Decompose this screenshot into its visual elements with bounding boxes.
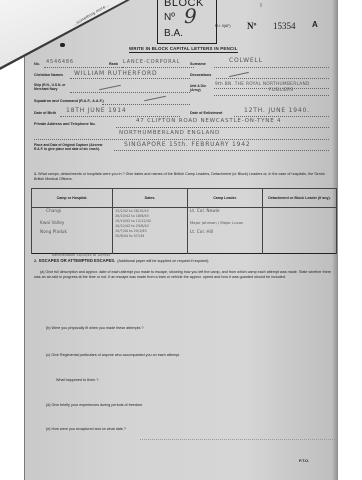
address-line — [116, 127, 329, 128]
capture-line — [114, 150, 329, 151]
section2-title: ESCAPES OR ATTEMPTED ESCAPES. — [39, 258, 115, 263]
ship-label: Ship (R.N., U.S.N. or Merchant Navy — [34, 83, 68, 91]
squadron-line — [102, 104, 190, 105]
pencil-mark: ı — [260, 2, 262, 9]
form-number-label: Nº — [247, 21, 256, 31]
camps-cell: Changi Kwai Valley Nong Pladuk — [32, 208, 113, 254]
decorations-label: Decorations — [190, 73, 211, 77]
section2-number: 2. — [34, 259, 37, 263]
dates-cell: 15/2/42 to 26/10/42 26/10/42 to 18/8/45 … — [113, 208, 188, 254]
section2-note: (Additional paper will be supplied on re… — [117, 259, 209, 263]
unit-line — [214, 88, 329, 89]
unit-value: 9th BN. THE ROYAL NORTHUMBERLAND — [215, 82, 310, 87]
block-number-handwritten: 9 — [184, 4, 197, 28]
block-box: BLOCK Nº B.A. 9 — [157, 0, 217, 44]
leader-cell: Lt. Col. Newie Major Johnson / Major Luc… — [188, 208, 263, 254]
section2-question-a: (a) Give full description and approx. da… — [34, 270, 334, 280]
section2-question-b: (b) Were you physically fit when you mad… — [46, 326, 144, 331]
enlistment-line — [234, 116, 329, 117]
camp-overflow-note: Kanchanaburi 18/10/44 to 18/9/45 — [52, 253, 110, 257]
unit-label: Unit & Div. (Army) — [190, 84, 214, 92]
address-line-2 — [34, 139, 329, 140]
col-camp: Camp or Hospital. — [32, 189, 113, 208]
no-label: No. — [34, 62, 40, 66]
dob-line — [60, 116, 180, 117]
section1-text: What camps, detachments or hospitals wer… — [34, 172, 325, 181]
ink-blot — [60, 43, 65, 47]
surname-value: COLWELL — [229, 57, 263, 64]
date-range: 20/8/44 to 5/7/44 — [115, 234, 185, 239]
enlistment-value: 12TH. JUNE 1940. — [244, 107, 310, 114]
christian-names-label: Christian Names — [34, 73, 63, 77]
block-no-label: Nº — [164, 12, 175, 23]
detachment-cell — [263, 208, 337, 254]
address-value: 47 CLIFTON ROAD NEWCASTLE-ON-TYNE 4 — [136, 118, 281, 124]
surname-line — [214, 67, 329, 68]
form-suffix: A — [312, 20, 318, 29]
pto-label: P.T.O. — [299, 459, 309, 463]
block-ba-label: B.A. — [164, 28, 183, 39]
address-value-line2: NORTHUMBERLAND ENGLAND — [119, 130, 220, 136]
squadron-label: Squadron and Command (R.A.F., A.A.F.) — [34, 99, 104, 103]
capture-label: Place and Date of Original Capture (Airc… — [34, 143, 109, 151]
section1-number: 1. — [34, 172, 37, 176]
christian-names-value: WILLIAM RUTHERFORD — [74, 70, 157, 77]
camps-table: Camp or Hospital. Dates. Camp Leader. De… — [31, 188, 337, 254]
form-number: 15354 — [273, 21, 296, 31]
section2-heading: 2. ESCAPES OR ATTEMPTED ESCAPES. (Additi… — [34, 259, 334, 264]
col-dates: Dates. — [113, 189, 188, 208]
table-row: Changi Kwai Valley Nong Pladuk 15/2/42 t… — [32, 208, 337, 254]
col-detachment-leader: Detachment or Block Leader (if any). — [263, 189, 337, 208]
instruction-heading: WRITE IN BLOCK CAPITAL LETTERS IN PENCIL — [129, 46, 238, 53]
unit-line-2 — [214, 95, 329, 96]
address-label: Private Address and Telephone No. — [34, 122, 96, 126]
section2-question-c-followup: What happened to them ? — [56, 378, 98, 383]
ship-line — [70, 92, 190, 93]
section2-question-d: (d) Give briefly your experiences during… — [46, 403, 143, 408]
camps-table-header: Camp or Hospital. Dates. Camp Leader. De… — [32, 189, 337, 208]
capture-value: SINGAPORE 15th. FEBRUARY 1942 — [124, 141, 250, 148]
decorations-dash — [229, 72, 249, 77]
form-code: M.I. 9(AF) — [215, 24, 231, 28]
dob-value: 18TH JUNE 1914 — [66, 107, 127, 114]
ship-dash — [99, 85, 121, 91]
enlistment-label: Date of Enlistment — [190, 111, 222, 115]
section2-question-e: (e) How were you recaptured and on what … — [46, 427, 126, 432]
rank-value: LANCE-CORPORAL — [123, 59, 180, 65]
squadron-dash — [144, 96, 166, 102]
christian-names-line — [70, 78, 190, 79]
no-line — [44, 67, 122, 68]
camp-leader: Lt. Col. Hill — [190, 230, 260, 236]
no-value: 4546486 — [46, 59, 74, 65]
surname-label: Surname — [190, 62, 206, 66]
dob-label: Date of Birth — [34, 111, 56, 115]
faint-line — [140, 439, 335, 440]
camp-name: Nong Pladuk — [40, 230, 110, 236]
rank-label: Rank — [109, 62, 118, 66]
section1-question: 1. What camps, detachments or hospitals … — [34, 172, 330, 182]
rank-line — [122, 67, 194, 68]
decorations-line — [216, 78, 329, 79]
col-camp-leader: Camp Leader. — [188, 189, 263, 208]
section2-question-c: (c) Give Regimental particulars of anyon… — [46, 353, 180, 358]
